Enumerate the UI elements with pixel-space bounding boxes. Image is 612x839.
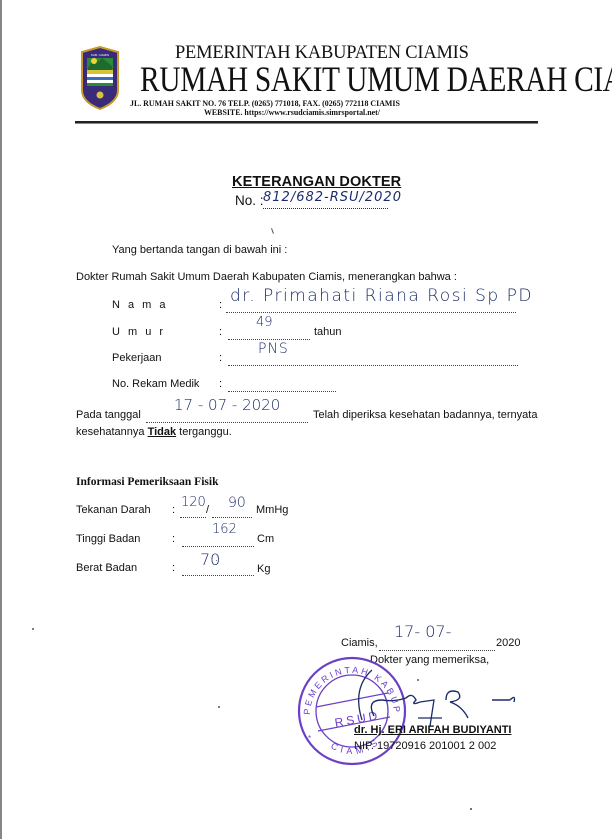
berat-badan-colon: : — [172, 562, 175, 574]
signature-place: Ciamis, — [341, 637, 378, 649]
tinggi-badan-unit: Cm — [257, 533, 274, 545]
rekam-medik-line — [228, 381, 336, 392]
exam-result-value: Tidak — [148, 426, 177, 438]
systolic-value: 120 — [181, 495, 206, 510]
rekam-medik-label: No. Rekam Medik — [112, 378, 199, 390]
tekanan-darah-colon: : — [172, 504, 175, 516]
document-number-label: No. : — [235, 193, 264, 208]
statement-text: Dokter Rumah Sakit Umum Daerah Kabupaten… — [76, 271, 457, 283]
svg-text:KAB. CIAMIS: KAB. CIAMIS — [91, 53, 109, 57]
pekerjaan-value: PNS — [258, 341, 289, 357]
berat-badan-unit: Kg — [257, 563, 270, 575]
pekerjaan-label: Pekerjaan — [112, 352, 162, 364]
physical-exam-heading: Informasi Pemeriksaan Fisik — [76, 476, 218, 488]
signature-year: 2020 — [496, 637, 520, 649]
tekanan-darah-label: Tekanan Darah — [76, 504, 151, 516]
exam-sentence-prefix: Pada tanggal — [76, 409, 141, 421]
umur-line — [228, 329, 310, 340]
doctor-name: dr. Hj. ERI ARIFAH BUDIYANTI — [354, 724, 511, 736]
tinggi-badan-label: Tinggi Badan — [76, 533, 140, 545]
doctor-nip: NIP. 19720916 201001 2 002 — [354, 740, 496, 752]
diastolic-value: 90 — [228, 495, 246, 511]
scan-speck — [218, 706, 220, 708]
document-title: KETERANGAN DOKTER — [232, 174, 401, 190]
intro-text: Yang bertanda tangan di bawah ini : — [112, 244, 287, 256]
nama-label: N a m a — [112, 299, 168, 311]
signature-date-line — [379, 640, 495, 651]
exam-result-suffix: terganggu. — [179, 426, 232, 438]
scan-speck — [216, 560, 217, 561]
letterhead-website: WEBSITE. https://www.rsudciamis.simrspor… — [204, 107, 380, 117]
scan-edge-shadow — [0, 0, 2, 839]
exam-result-line: kesehatannya Tidak terganggu. — [76, 426, 232, 438]
scan-speck — [32, 628, 34, 630]
scanned-document-page: KAB. CIAMIS PEMERINTAH KABUPATEN CIAMIS … — [0, 0, 612, 839]
exam-result-prefix: kesehatannya — [76, 426, 145, 438]
letterhead-hospital-name: RUMAH SAKIT UMUM DAERAH CIAMIS — [140, 58, 612, 100]
berat-badan-label: Berat Badan — [76, 562, 137, 574]
kabupaten-ciamis-crest-icon: KAB. CIAMIS — [80, 46, 120, 110]
umur-colon: : — [219, 326, 222, 338]
pekerjaan-colon: : — [219, 352, 222, 364]
umur-unit: tahun — [314, 326, 342, 338]
umur-value: 49 — [256, 315, 273, 330]
letterhead-divider — [75, 121, 538, 124]
berat-badan-value: 70 — [200, 550, 220, 569]
tinggi-badan-value: 162 — [212, 522, 237, 537]
nama-colon: : — [219, 299, 222, 311]
tinggi-badan-colon: : — [172, 533, 175, 545]
scan-speck — [470, 808, 472, 810]
bp-separator: / — [206, 504, 209, 516]
svg-text:*: * — [308, 734, 311, 743]
umur-label: U m u r — [112, 326, 166, 338]
exam-date-value: 17 - 07 - 2020 — [174, 396, 280, 414]
exam-sentence-suffix: Telah diperiksa kesehatan badannya, tern… — [313, 409, 537, 421]
scan-speck — [271, 228, 274, 234]
nama-value: dr. Primahati Riana Rosi Sp PD — [230, 286, 533, 306]
bp-unit: MmHg — [256, 504, 288, 516]
signature-date-value: 17- 07- — [394, 622, 451, 641]
document-number-value: 812/682-RSU/2020 — [263, 190, 402, 205]
rekam-medik-colon: : — [219, 378, 222, 390]
tinggi-badan-line — [182, 536, 254, 547]
